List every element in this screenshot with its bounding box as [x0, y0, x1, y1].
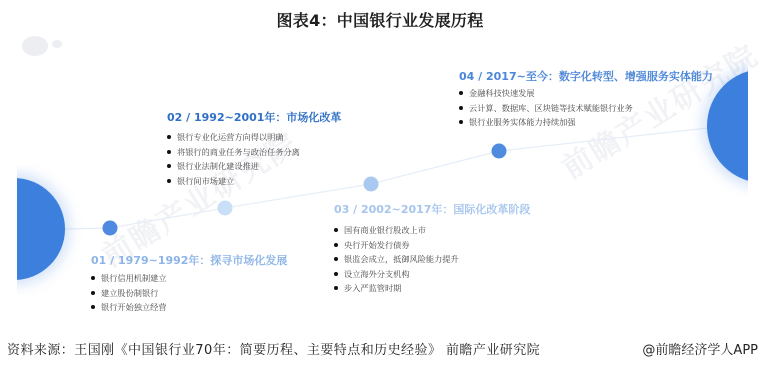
stage-item: 设立海外分支机构 — [334, 267, 530, 282]
stage-item: 将银行的商业任务与政治任务分离 — [167, 145, 341, 160]
bullet-icon — [334, 272, 338, 276]
stage-01-heading: 01 / 1979~1992年：探寻市场化发展 — [91, 254, 287, 268]
bullet-icon — [459, 120, 463, 124]
bullet-icon — [91, 305, 95, 309]
timeline-dot-02 — [218, 201, 233, 216]
stage-03-items: 国有商业银行股改上市 央行开始发行债券 银监会成立，抵御风险能力提升 设立海外分… — [334, 223, 530, 296]
stage-02: 02 / 1992~2001年：市场化改革 银行专业化运营方向得以明确 将银行的… — [167, 111, 341, 188]
bullet-icon — [167, 164, 171, 168]
left-semicircle-clip — [17, 165, 87, 295]
stage-03: 03 / 2002~2017年：国际化改革阶段 国有商业银行股改上市 央行开始发… — [334, 203, 530, 296]
stage-item: 步入严监管时期 — [334, 281, 530, 296]
bullet-icon — [334, 243, 338, 247]
stage-02-heading: 02 / 1992~2001年：市场化改革 — [167, 111, 341, 125]
stage-02-items: 银行专业化运营方向得以明确 将银行的商业任务与政治任务分离 银行业法制化建设推进… — [167, 130, 341, 188]
stage-item: 银行开始独立经营 — [91, 300, 287, 315]
stage-item: 国有商业银行股改上市 — [334, 223, 530, 238]
stage-item: 银行业服务实体能力持续加强 — [459, 115, 713, 130]
bullet-icon — [334, 286, 338, 290]
right-semicircle — [707, 69, 748, 183]
stage-01-items: 银行信用机制建立 建立股份制银行 银行开始独立经营 — [91, 271, 287, 315]
source-note: 资料来源：王国刚《中国银行业70年：简要历程、主要特点和历史经验》 前瞻产业研究… — [7, 339, 540, 358]
left-semicircle — [17, 178, 65, 280]
stage-03-heading: 03 / 2002~2017年：国际化改革阶段 — [334, 203, 530, 217]
bullet-icon — [334, 257, 338, 261]
bullet-icon — [91, 276, 95, 280]
stage-04-items: 金融科技快速发展 云计算、数据库、区块链等技术赋能银行业务 银行业服务实体能力持… — [459, 86, 713, 130]
stage-04-heading: 04 / 2017~至今：数字化转型、增强服务实体能力 — [459, 70, 713, 84]
bullet-icon — [334, 228, 338, 232]
bullet-icon — [167, 135, 171, 139]
stage-04: 04 / 2017~至今：数字化转型、增强服务实体能力 金融科技快速发展 云计算… — [459, 70, 713, 130]
bullet-icon — [459, 106, 463, 110]
bullet-icon — [167, 150, 171, 154]
stage-item: 云计算、数据库、区块链等技术赋能银行业务 — [459, 101, 713, 116]
stage-item: 银行业法制化建设推进 — [167, 159, 341, 174]
bullet-icon — [167, 179, 171, 183]
bullet-icon — [91, 291, 95, 295]
stage-item: 银行信用机制建立 — [91, 271, 287, 286]
stage-item: 建立股份制银行 — [91, 286, 287, 301]
stage-item: 银监会成立，抵御风险能力提升 — [334, 252, 530, 267]
stage-item: 银行间市场建立 — [167, 174, 341, 189]
bullet-icon — [459, 91, 463, 95]
stage-item: 金融科技快速发展 — [459, 86, 713, 101]
stage-item: 银行专业化运营方向得以明确 — [167, 130, 341, 145]
timeline-dot-03 — [364, 177, 379, 192]
stage-item: 央行开始发行债券 — [334, 238, 530, 253]
timeline-dot-04 — [492, 144, 507, 159]
timeline-dot-01 — [103, 221, 118, 236]
credit-label: @前瞻经济学人APP — [642, 339, 758, 358]
stage-01: 01 / 1979~1992年：探寻市场化发展 银行信用机制建立 建立股份制银行… — [91, 254, 287, 315]
